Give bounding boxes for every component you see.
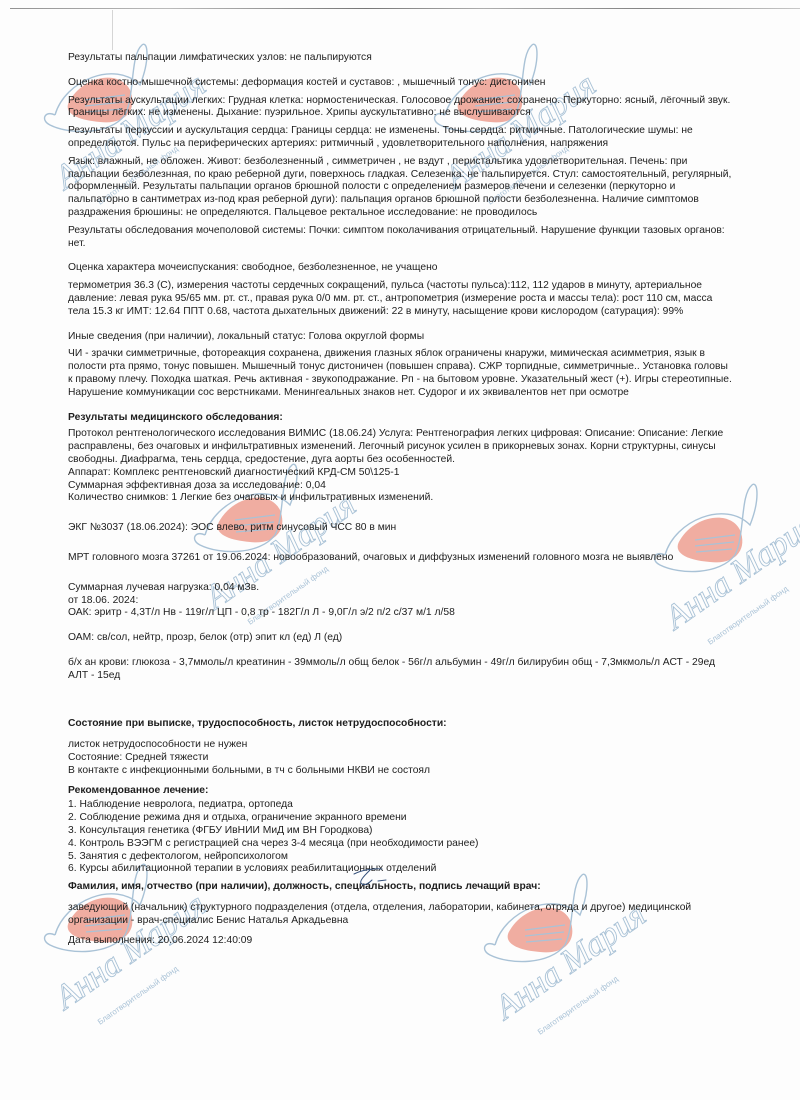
mri-result: МРТ головного мозга 37261 от 19.06.2024:…: [68, 552, 733, 565]
abdomen-exam: Язык: влажный, не обложен. Живот: безбол…: [68, 156, 733, 220]
results-heading: Результаты медицинского обследования:: [68, 412, 733, 425]
svg-text:Благотворительный фонд: Благотворительный фонд: [536, 974, 620, 1037]
treatment-item: 6. Курсы абилитационной терапии в услови…: [68, 863, 733, 876]
condition-status: Состояние: Средней тяжести: [68, 752, 733, 765]
treatment-item: 3. Консультация генетика (ФГБУ ИвНИИ МиД…: [68, 825, 733, 838]
treatment-heading: Рекомендованное лечение:: [68, 785, 733, 798]
vital-signs: термометрия 36.3 (С), измерения частоты …: [68, 280, 733, 318]
treatment-item: 1. Наблюдение невролога, педиатра, ортоп…: [68, 799, 733, 812]
urinalysis-result: ОАМ: св/сол, нейтр, прозр, белок (отр) э…: [68, 632, 733, 645]
xray-protocol: Протокол рентгенологического исследовани…: [68, 428, 733, 505]
treatment-item: 4. Контроль ВЭЭГМ с регистрацией сна чер…: [68, 838, 733, 851]
xray-dose: Суммарная эффективная доза за исследован…: [68, 480, 733, 493]
lab-date: от 18.06. 2024:: [68, 595, 733, 608]
discharge-status: листок нетрудоспособности не нужен Состо…: [68, 739, 733, 777]
discharge-heading: Состояние при выписке, трудоспособность,…: [68, 718, 733, 731]
treatment-item: 5. Занятия с дефектологом, нейропсихолог…: [68, 851, 733, 864]
cbc-result: ОАК: эритр - 4,3Т/л Нв - 119г/л ЦП - 0,8…: [68, 607, 733, 620]
lymph-nodes-result: Результаты пальпации лимфатических узлов…: [68, 52, 733, 65]
completion-date: Дата выполнения: 20.06.2024 12:40:09: [68, 935, 733, 948]
xray-description: Протокол рентгенологического исследовани…: [68, 428, 733, 466]
ecg-result: ЭКГ №3037 (18.06.2024): ЭОС влево, ритм …: [68, 522, 733, 535]
doctor-heading: Фамилия, имя, отчество (при наличии), до…: [68, 881, 733, 894]
svg-text:Благотворительный фонд: Благотворительный фонд: [96, 964, 180, 1027]
sick-leave-status: листок нетрудоспособности не нужен: [68, 739, 733, 752]
lung-auscultation: Результаты аускультации легких: Грудная …: [68, 95, 733, 121]
medical-document: Результаты пальпации лимфатических узлов…: [68, 52, 733, 952]
infection-contact-status: В контакте с инфекционными больными, в т…: [68, 765, 733, 778]
scan-edge-line: [10, 8, 800, 9]
urogenital-exam: Результаты обследования мочеполовой сист…: [68, 225, 733, 251]
local-status: Иные сведения (при наличии), локальный с…: [68, 331, 733, 344]
lab-results: Суммарная лучевая нагрузка: 0,04 мЗв. от…: [68, 582, 733, 620]
doctor-signature: [348, 866, 398, 888]
treatment-list: 1. Наблюдение невролога, педиатра, ортоп…: [68, 799, 733, 876]
radiation-load: Суммарная лучевая нагрузка: 0,04 мЗв.: [68, 582, 733, 595]
heart-auscultation: Результаты перкуссии и аускультация серд…: [68, 125, 733, 151]
biochemistry-result: б/х ан крови: глюкоза - 3,7ммоль/л креат…: [68, 657, 733, 683]
urination-assessment: Оценка характера мочеиспускания: свободн…: [68, 262, 733, 275]
doctor-position: заведующий (начальник) структурного подр…: [68, 902, 733, 928]
xray-apparatus: Аппарат: Комплекс рентгеновский диагност…: [68, 467, 733, 480]
scan-fold-mark: [112, 10, 113, 50]
musculoskeletal-assessment: Оценка костно-мышечной системы: деформац…: [68, 77, 733, 90]
xray-images-count: Количество снимков: 1 Легкие без очаговы…: [68, 492, 733, 505]
neurological-status: ЧИ - зрачки симметричные, фотореакция со…: [68, 348, 733, 399]
treatment-item: 2. Соблюдение режима дня и отдыха, огран…: [68, 812, 733, 825]
